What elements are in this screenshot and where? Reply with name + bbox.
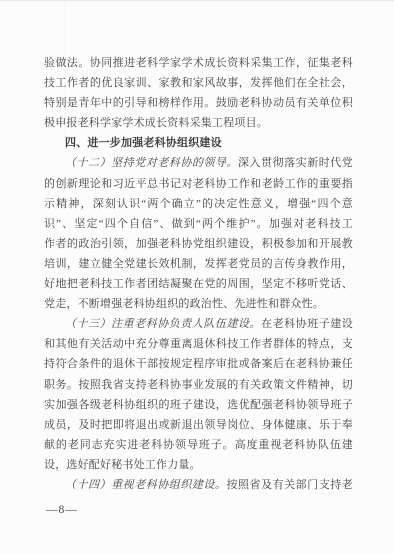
page-number: —8— bbox=[46, 500, 78, 520]
text-line: （十四）重视老科协组织建设。按照省及有关部门支持老 bbox=[44, 475, 353, 495]
text-line: 好地把老科技工作者团结凝聚在党的周围，坚定不移听党话、跟 bbox=[44, 274, 353, 294]
text-line: 培训，建立健全党建长效机制，发挥老党员的言传身教作用，更 bbox=[44, 254, 353, 274]
text-line: 献的老同志充实进老科协领导班子。高度重视老科协队伍建 bbox=[44, 435, 353, 455]
page-top-edge bbox=[0, 0, 394, 1]
text-line: 党走，不断增强老科协组织的政治性、先进性和群众性。 bbox=[44, 294, 353, 314]
text-line: （十三）注重老科协负责人队伍建设。在老科协班子建设 bbox=[44, 314, 353, 334]
document-body: 验做法。协同推进老科学家学术成长资料采集工作，征集老科 技工作者的优良家训、家教… bbox=[44, 53, 353, 495]
clause-body-start: 在老科协班子建设 bbox=[261, 318, 353, 330]
text-line: （十二）坚持党对老科协的领导。深入贯彻落实新时代党 bbox=[44, 153, 353, 173]
section-heading: 四、进一步加强老科协组织建设 bbox=[44, 133, 353, 153]
clause-body-start: 深入贯彻落实新时代党 bbox=[238, 157, 353, 169]
text-line: 验做法。协同推进老科学家学术成长资料采集工作，征集老科 bbox=[44, 53, 353, 73]
text-line: 的创新理论和习近平总书记对老科协工作和老龄工作的重要指 bbox=[44, 174, 353, 194]
text-line: 特别是青年中的引导和榜样作用。鼓励老科协动员有关单位积 bbox=[44, 93, 353, 113]
text-line: 极申报老科学家学术成长资料采集工程项目。 bbox=[44, 113, 353, 133]
text-line: 设，选好配好秘书处工作力量。 bbox=[44, 455, 353, 475]
text-line: 实加强各级老科协组织的班子建设，选优配强老科协领导班子 bbox=[44, 395, 353, 415]
text-line: 识”、坚定“四个自信”、做到“两个维护”。加强对老科技工 bbox=[44, 214, 353, 234]
clause-title: （十二）坚持党对老科协的领导。 bbox=[65, 157, 238, 169]
clause-body-start: 按照省及有关部门支持老 bbox=[226, 479, 353, 491]
text-line: 示精神，深刻认识“两个确立”的决定性意义，增强“四个意 bbox=[44, 194, 353, 214]
text-line: 职务。按照我省支持老科协事业发展的有关政策文件精神，切 bbox=[44, 375, 353, 395]
clause-title: （十四）重视老科协组织建设。 bbox=[65, 479, 226, 491]
text-line: 和其他有关活动中充分尊重离退休科技工作者群体的特点，支 bbox=[44, 334, 353, 354]
text-line: 作者的政治引领，加强老科协党组织建设，积极参加和开展教育 bbox=[44, 234, 353, 254]
clause-title: （十三）注重老科协负责人队伍建设。 bbox=[65, 318, 261, 330]
text-line: 技工作者的优良家训、家教和家风故事，发挥他们在全社会， bbox=[44, 73, 353, 93]
text-line: 持符合条件的退休干部按规定程序审批或备案后在老科协兼任 bbox=[44, 354, 353, 374]
text-line: 成员，及时把即将退出或新退出领导岗位、身体健康、乐于奉 bbox=[44, 415, 353, 435]
